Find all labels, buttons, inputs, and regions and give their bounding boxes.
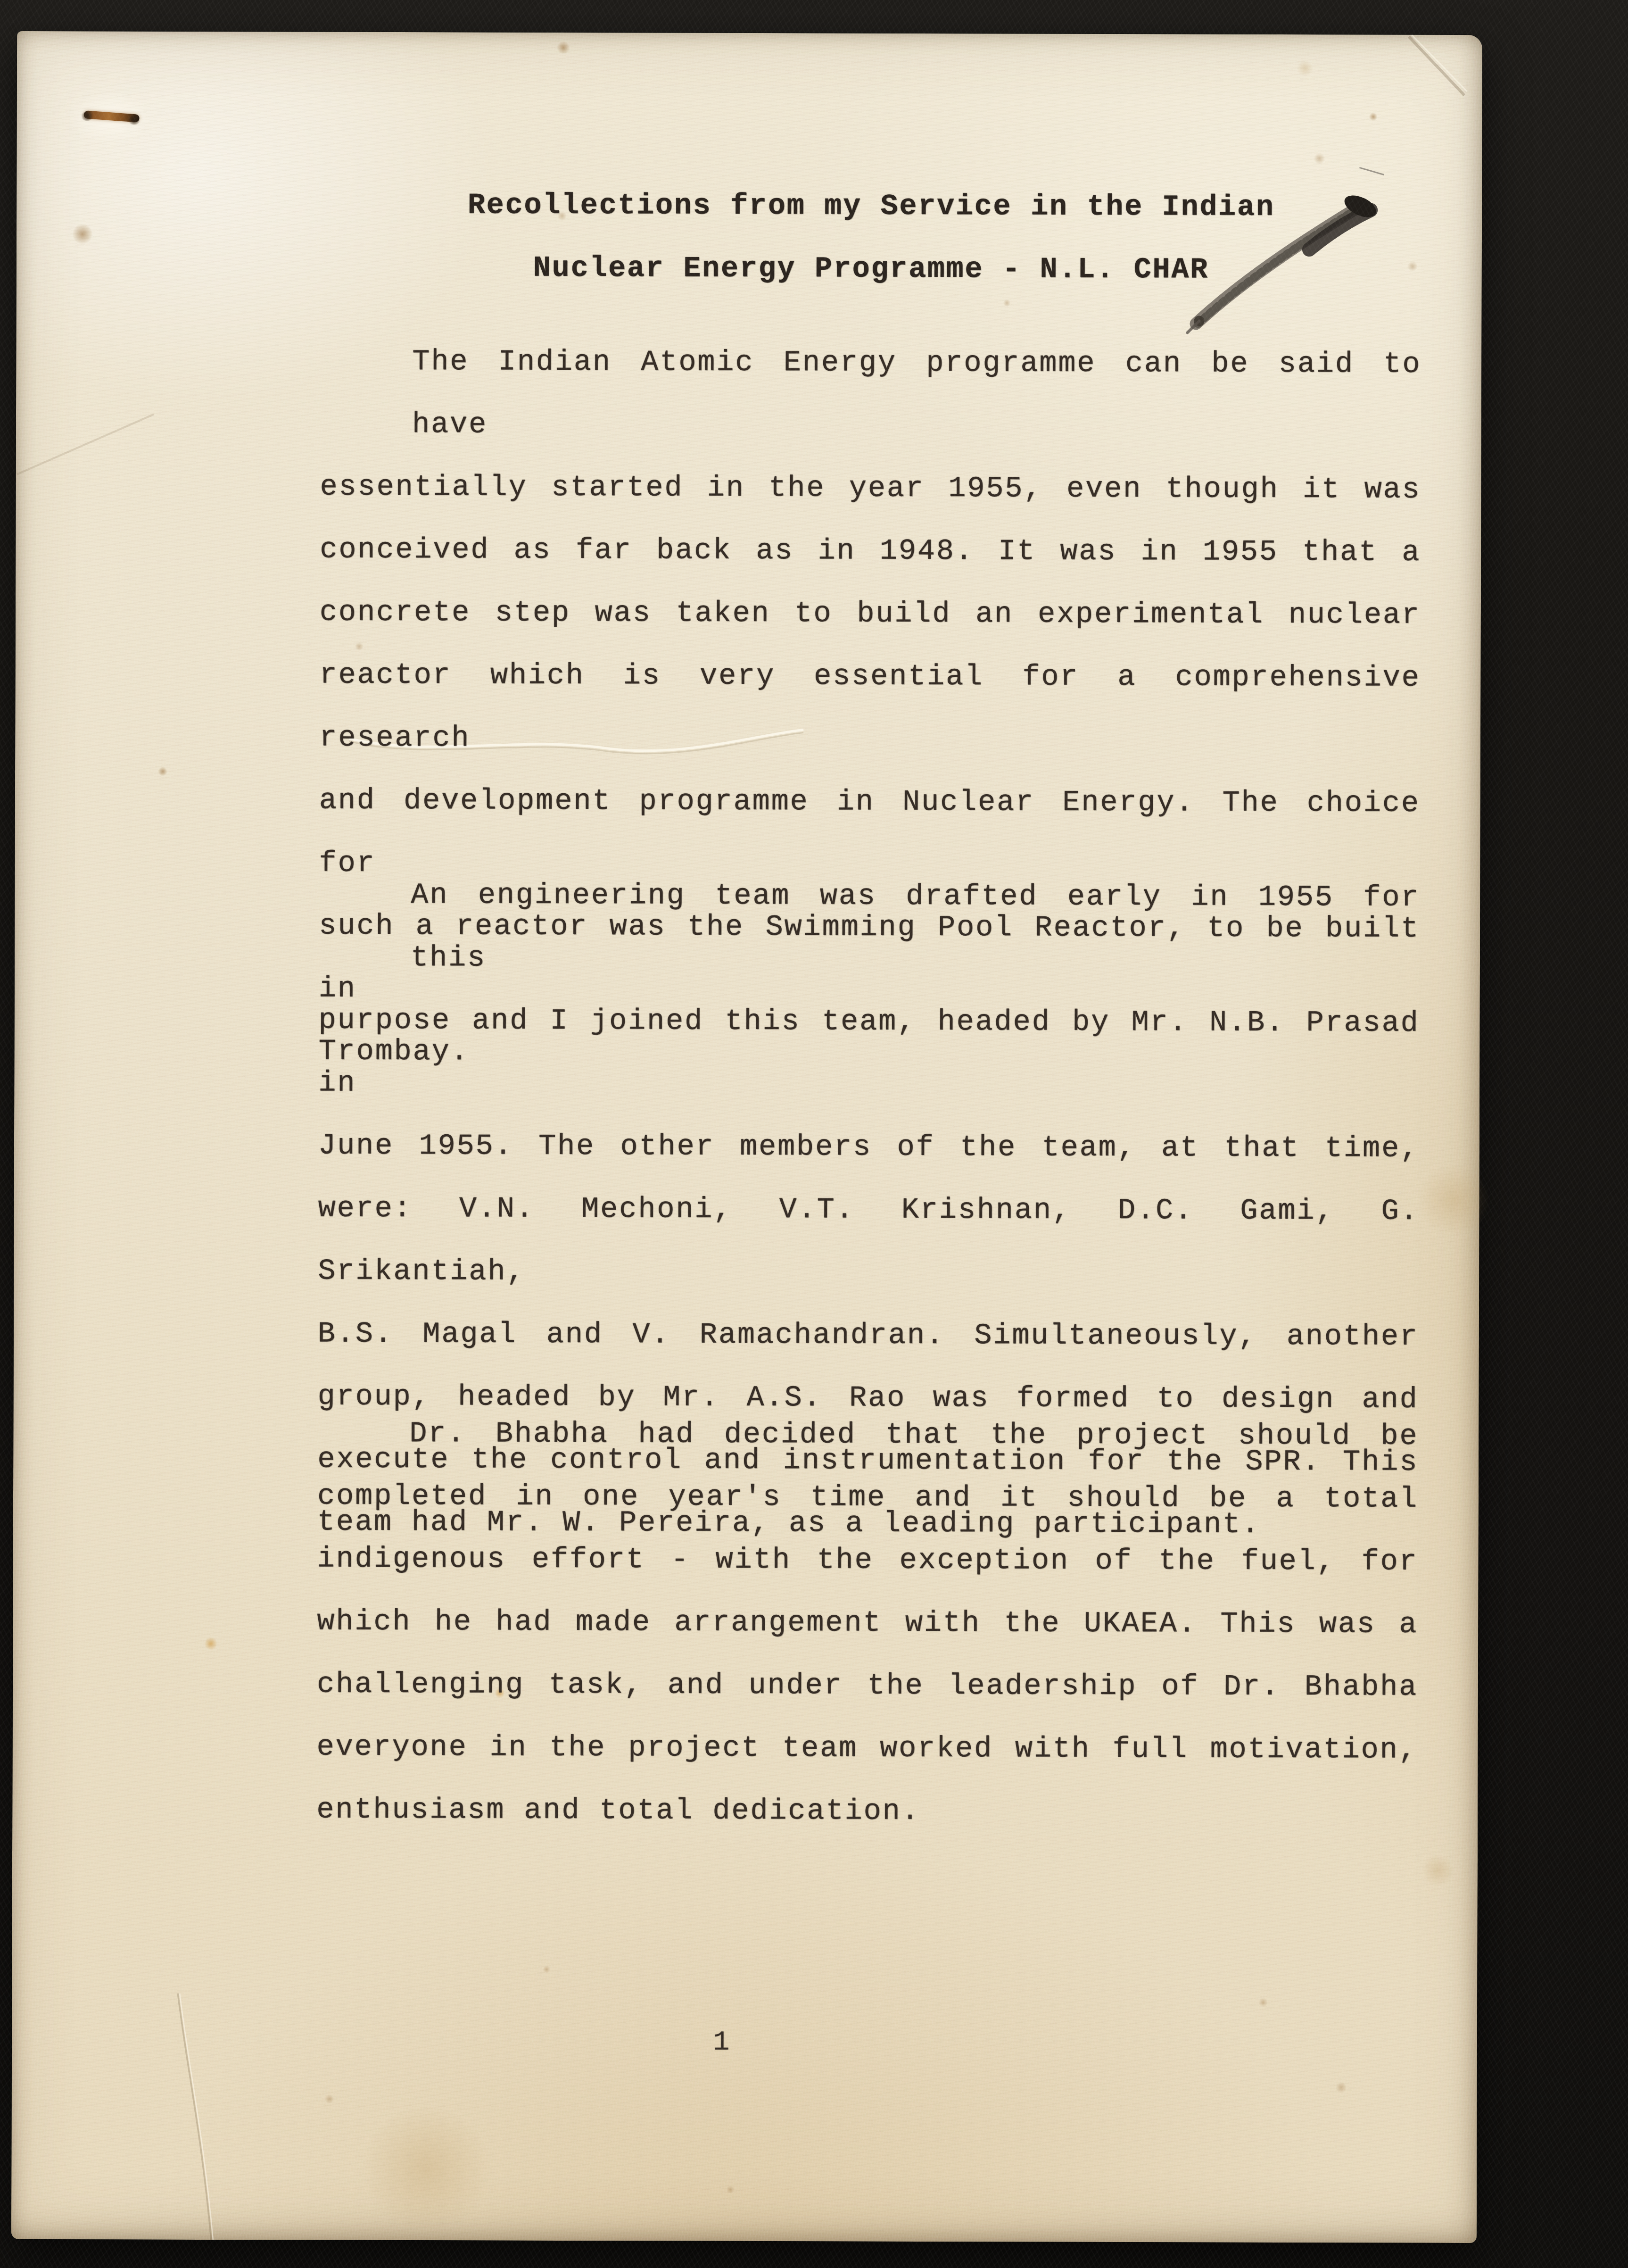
foxing-stain bbox=[1369, 112, 1378, 121]
text-line: conceived as far back as in 1948. It was… bbox=[320, 518, 1421, 584]
text-line: completed in one year's time and it shou… bbox=[317, 1465, 1418, 1530]
foxing-stain bbox=[1336, 2082, 1347, 2093]
text-line: Dr. Bhabha had decided that the project … bbox=[317, 1402, 1418, 1468]
foxing-stain bbox=[1314, 153, 1325, 164]
foxing-stain bbox=[158, 767, 167, 776]
foxing-stain bbox=[1418, 1164, 1488, 1235]
text-line: The Indian Atomic Energy programme can b… bbox=[320, 330, 1421, 458]
document-page: Recollections from my Service in the Ind… bbox=[11, 31, 1482, 2243]
foxing-stain bbox=[726, 2185, 735, 2194]
title-line-2: Nuclear Energy Programme - N.L. CHAR bbox=[321, 236, 1421, 302]
staple-mark bbox=[68, 91, 153, 143]
corner-fold bbox=[1409, 37, 1464, 95]
foxing-stain bbox=[557, 41, 570, 54]
staple-hole-icon bbox=[81, 111, 93, 121]
foxing-stain bbox=[204, 1637, 217, 1650]
corner-fold-highlight bbox=[1412, 35, 1467, 91]
paper-crease-highlight bbox=[179, 1994, 214, 2240]
document-title: Recollections from my Service in the Ind… bbox=[321, 174, 1422, 302]
title-line-1: Recollections from my Service in the Ind… bbox=[321, 174, 1421, 239]
text-line: An engineering team was drafted early in… bbox=[319, 864, 1420, 992]
text-line: concrete step was taken to build an expe… bbox=[320, 581, 1421, 647]
text-line: essentially started in the year 1955, ev… bbox=[320, 456, 1421, 521]
scanner-background: Recollections from my Service in the Ind… bbox=[0, 0, 1628, 2268]
staple-hole-icon bbox=[128, 116, 140, 125]
text-line: June 1955. The other members of the team… bbox=[318, 1114, 1419, 1180]
text-line: purpose and I joined this team, headed b… bbox=[318, 989, 1420, 1117]
text-line: everyone in the project team worked with… bbox=[316, 1716, 1417, 1781]
text-line: B.S. Magal and V. Ramachandran. Simultan… bbox=[318, 1303, 1419, 1368]
paper-crease bbox=[177, 1994, 212, 2240]
text-line: reactor which is very essential for a co… bbox=[319, 644, 1421, 772]
paper-crease bbox=[17, 414, 154, 475]
text-line: which he had made arrangement with the U… bbox=[317, 1590, 1418, 1656]
foxing-stain bbox=[325, 2094, 334, 2104]
foxing-stain bbox=[360, 2107, 493, 2230]
text-line: were: V.N. Mechoni, V.T. Krishnan, D.C. … bbox=[318, 1177, 1419, 1305]
page-number: 1 bbox=[691, 2011, 752, 2074]
text-line: challenging task, and under the leadersh… bbox=[317, 1653, 1418, 1719]
paragraph-3: Dr. Bhabha had decided that the project … bbox=[316, 1402, 1418, 1844]
text-line: indigenous effort - with the exception o… bbox=[317, 1528, 1418, 1593]
text-line: enthusiasm and total dedication. bbox=[316, 1778, 1417, 1844]
foxing-stain bbox=[1422, 1854, 1454, 1886]
foxing-stain bbox=[1297, 60, 1313, 76]
foxing-stain bbox=[1258, 1998, 1268, 2007]
pencil-scratch bbox=[1359, 167, 1384, 174]
foxing-stain bbox=[72, 224, 93, 244]
foxing-stain bbox=[543, 1966, 550, 1973]
